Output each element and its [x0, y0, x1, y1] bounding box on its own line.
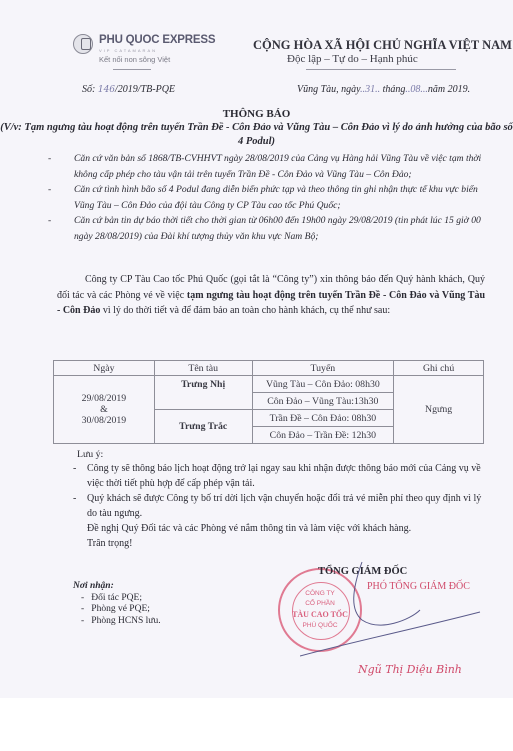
national-motto: Độc lập – Tự do – Hạnh phúc — [287, 53, 418, 65]
schedule-table: Ngày Tên tàu Tuyến Ghi chú 29/08/2019 & … — [53, 360, 484, 444]
recipients-label: Nơi nhận: — [73, 581, 161, 593]
ship-cell: Trưng Trắc — [154, 410, 252, 444]
recipient-item: - Phòng HCNS lưu. — [73, 616, 161, 628]
closing-line: Trân trọng! — [73, 536, 488, 551]
note-item: -Công ty sẽ thông báo lịch hoạt động trở… — [73, 461, 488, 491]
recipient-item: - Phòng vé PQE; — [73, 604, 161, 616]
table-header-row: Ngày Tên tàu Tuyến Ghi chú — [54, 361, 484, 376]
request-line: Đề nghị Quý Đối tác và các Phòng vé nắm … — [73, 521, 488, 536]
intro-paragraph: Công ty CP Tàu Cao tốc Phú Quốc (gọi tắt… — [57, 272, 485, 319]
logo-slogan: Kết nối non sông Việt — [99, 55, 170, 64]
logo-subline: VIP CATAMARAN — [99, 48, 157, 53]
national-title: CỘNG HÒA XÃ HỘI CHỦ NGHĨA VIỆT NAM — [253, 38, 512, 53]
route-cell: Côn Đảo – Vũng Tàu:13h30 — [252, 393, 394, 410]
note-cell: Ngưng — [394, 376, 484, 444]
note-item: -Quý khách sẽ được Công ty bố trí dời lị… — [73, 491, 488, 521]
date-cell: 29/08/2019 & 30/08/2019 — [54, 376, 155, 444]
handwritten-number: 146 — [98, 85, 115, 95]
handwritten-month: ..08... — [405, 84, 428, 95]
route-cell: Vũng Tàu – Côn Đảo: 08h30 — [252, 376, 394, 393]
legal-basis-list: -Căn cứ văn bản số 1868/TB-CVHHVT ngày 2… — [48, 151, 488, 244]
motto-divider — [306, 69, 456, 70]
basis-item: -Căn cứ tình hình bão số 4 Podul đang di… — [48, 182, 488, 213]
route-cell: Côn Đảo – Trần Đề: 12h30 — [252, 427, 394, 444]
notes-list: -Công ty sẽ thông báo lịch hoạt động trở… — [73, 461, 488, 551]
document-title: THÔNG BÁO — [0, 108, 513, 120]
basis-item: -Căn cứ bản tin dự báo thời tiết cho thờ… — [48, 213, 488, 244]
handwritten-day: ..31.. — [360, 84, 380, 95]
ship-cell: Trưng Nhị — [154, 376, 252, 410]
pqe-logo-icon — [73, 34, 93, 54]
place-date: Vũng Tàu, ngày..31.. tháng..08...năm 201… — [297, 84, 470, 95]
table-row: 29/08/2019 & 30/08/2019 Trưng Nhị Vũng T… — [54, 376, 484, 393]
logo-divider — [113, 69, 151, 70]
recipient-item: - Đối tác PQE; — [73, 593, 161, 605]
document-number: Số: 146/2019/TB-PQE — [82, 84, 175, 95]
notes-label: Lưu ý: — [77, 449, 103, 460]
document-subject: (V/v: Tạm ngưng tàu hoạt động trên tuyến… — [0, 121, 513, 149]
route-cell: Trần Đề – Côn Đảo: 08h30 — [252, 410, 394, 427]
signature-stroke-icon — [300, 560, 500, 670]
recipients-block: Nơi nhận: - Đối tác PQE; - Phòng vé PQE;… — [73, 581, 161, 627]
logo-name: PHU QUOC EXPRESS — [99, 34, 215, 46]
scanned-document-page: PHU QUOC EXPRESS VIP CATAMARAN Kết nối n… — [0, 0, 513, 698]
basis-item: -Căn cứ văn bản số 1868/TB-CVHHVT ngày 2… — [48, 151, 488, 182]
signer-name: Ngũ Thị Diệu Bình — [358, 663, 462, 676]
